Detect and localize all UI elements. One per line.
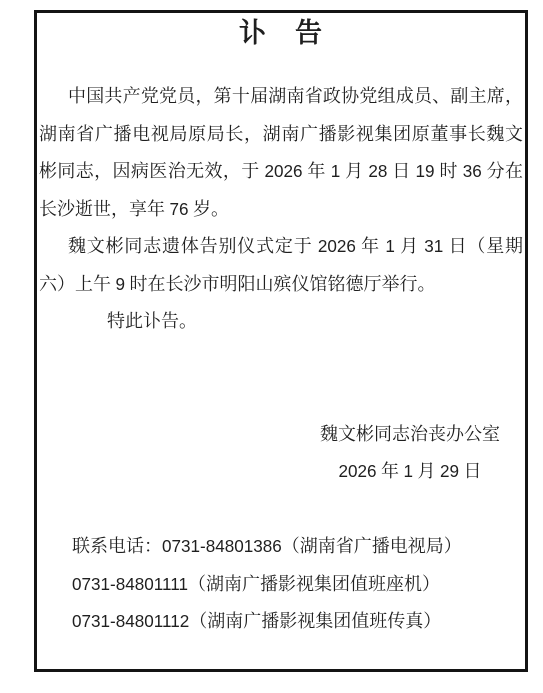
notice-border-frame: 讣 告 中国共产党党员，第十届湖南省政协党组成员、副主席， 湖南省广播电视局原局…	[34, 10, 528, 672]
notice-title: 讣 告	[37, 16, 525, 50]
paragraph1-line: 长沙逝世，享年 76 岁。	[39, 191, 523, 229]
closing-line: 特此讣告。	[39, 303, 523, 341]
signature-line: 魏文彬同志治丧办公室	[297, 416, 523, 454]
blank-space	[39, 341, 523, 416]
paragraph2-line: 六）上午 9 时在长沙市明阳山殡仪馆铭德厅举行。	[39, 266, 523, 304]
contact-line: 联系电话：0731-84801386（湖南省广播电视局）	[39, 528, 523, 566]
paragraph1-line: 湖南省广播电视局原局长，湖南广播影视集团原董事长魏文	[39, 116, 523, 154]
contact-line: 0731-84801111（湖南广播影视集团值班座机）	[39, 566, 523, 604]
paragraph2-line: 魏文彬同志遗体告别仪式定于 2026 年 1 月 31 日（星期	[39, 228, 523, 266]
blank-space	[39, 491, 523, 529]
contact-line: 0731-84801112（湖南广播影视集团值班传真）	[39, 603, 523, 641]
paragraph1-line: 彬同志，因病医治无效，于 2026 年 1 月 28 日 19 时 36 分在	[39, 153, 523, 191]
date-line: 2026 年 1 月 29 日	[297, 453, 523, 491]
notice-body: 中国共产党党员，第十届湖南省政协党组成员、副主席， 湖南省广播电视局原局长，湖南…	[39, 78, 523, 641]
paragraph1-line: 中国共产党党员，第十届湖南省政协党组成员、副主席，	[39, 78, 523, 116]
signature-block: 魏文彬同志治丧办公室 2026 年 1 月 29 日	[297, 416, 523, 491]
